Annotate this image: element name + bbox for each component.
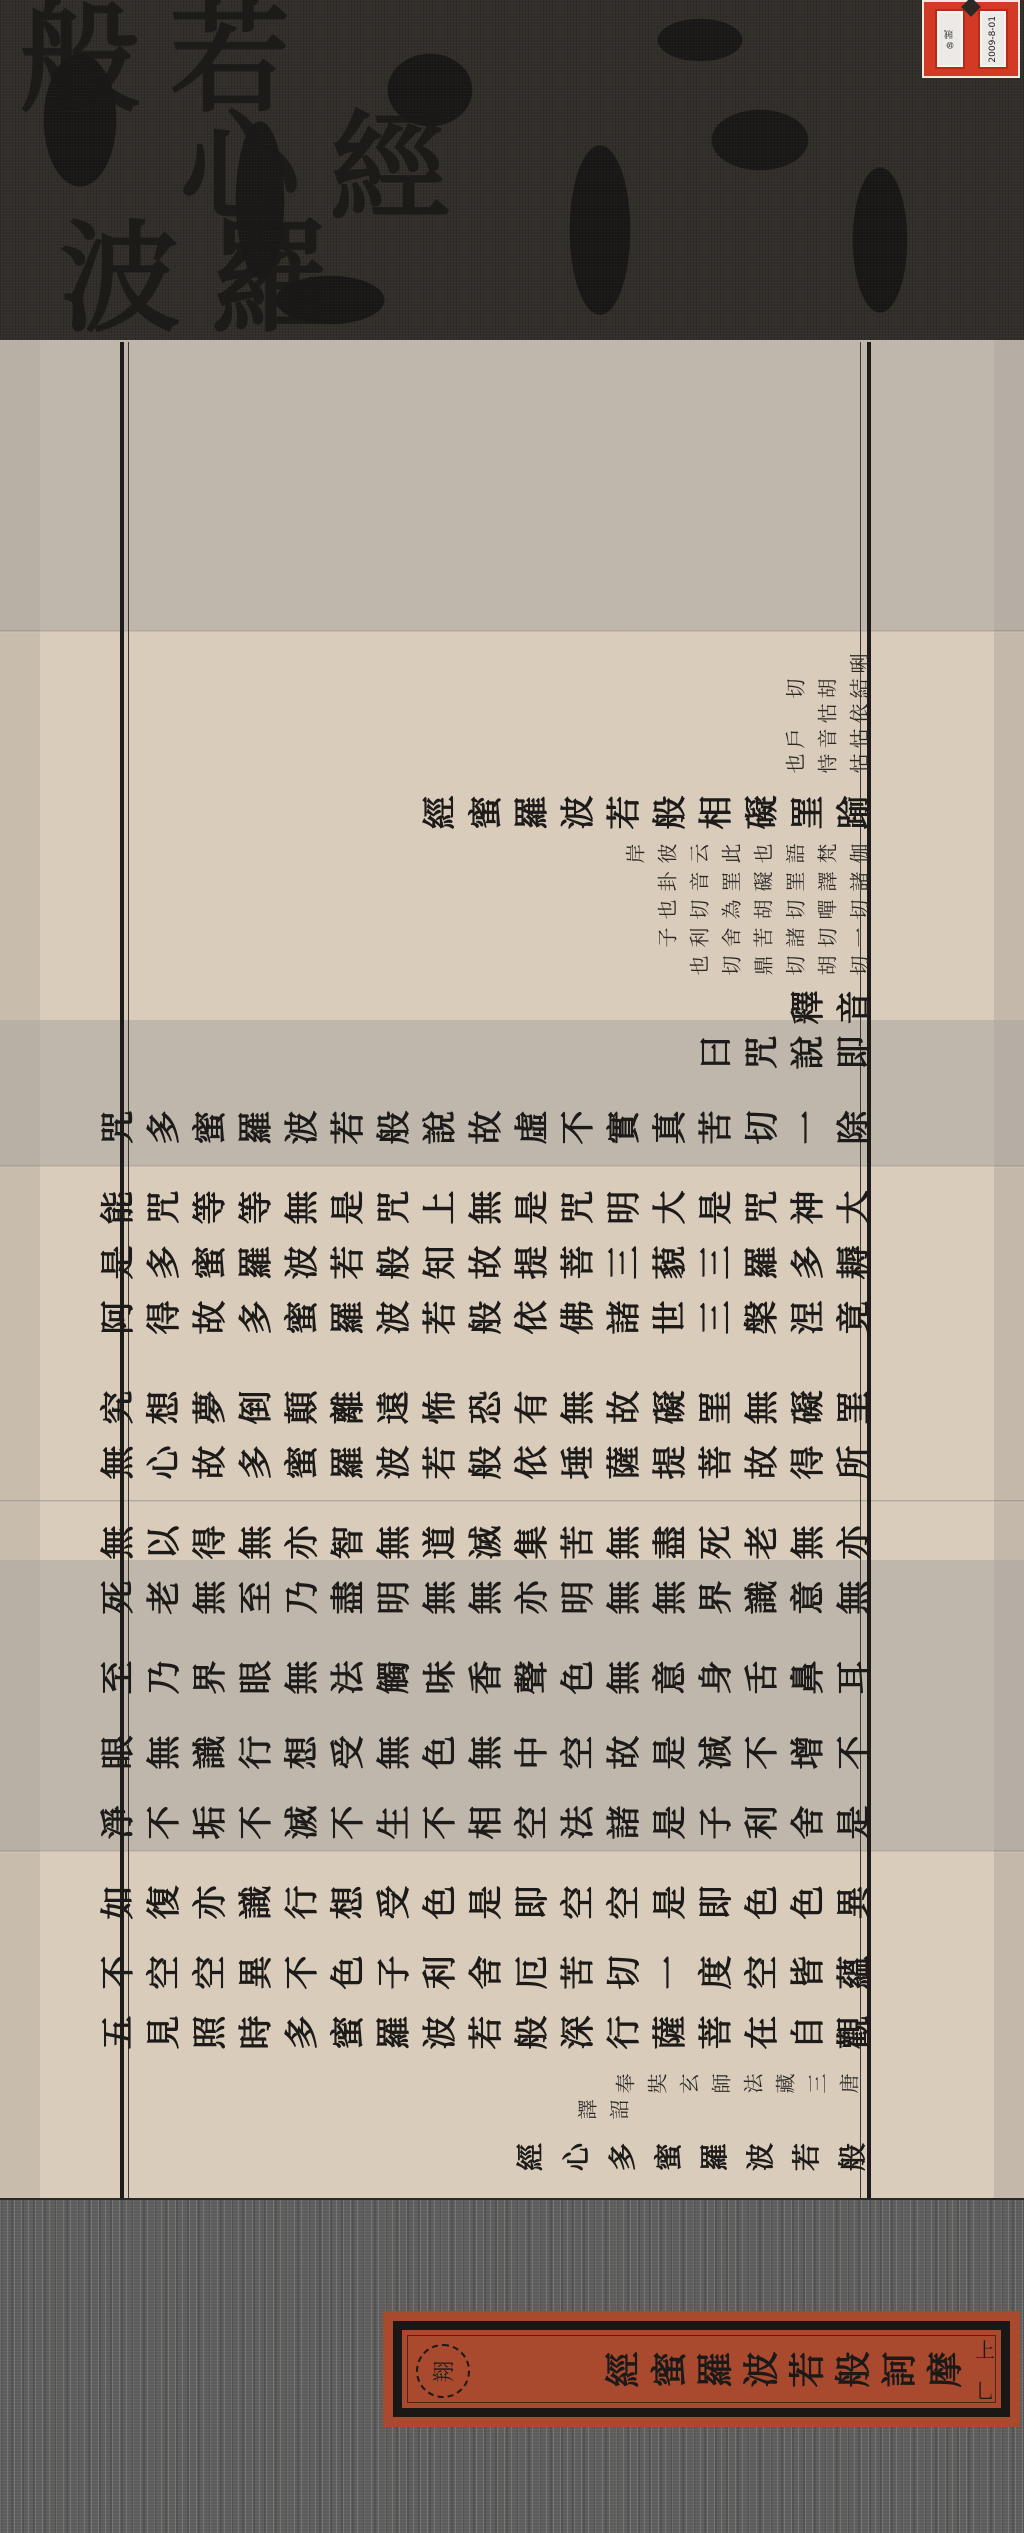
glyph: 鼎 — [748, 949, 777, 981]
glyph: 無 — [597, 1654, 646, 1700]
stamp-glyph: 翔 — [427, 2360, 458, 2382]
glyph: 眼 — [91, 1729, 140, 1775]
glyph: 世 — [643, 1294, 692, 1340]
glyph: 等 — [229, 1184, 278, 1230]
glyph: 藐 — [643, 1239, 692, 1285]
glyph: 得 — [137, 1294, 186, 1340]
glyph: 蜜 — [321, 2009, 370, 2055]
glyph: 苦 — [748, 921, 777, 953]
glyph: 無 — [551, 1384, 600, 1430]
glyph: 行 — [229, 1729, 278, 1775]
glyph: 玄 — [674, 2067, 703, 2099]
glyph: 神 — [781, 1184, 830, 1230]
glyph: 故 — [183, 1439, 232, 1485]
glyph: 也 — [748, 837, 777, 869]
glyph: 見 — [137, 2009, 186, 2055]
glyph: 空 — [505, 1799, 554, 1845]
text-column: 亦無老死盡無苦集滅道無智亦無得以無 — [92, 1520, 874, 1564]
glyph: 亦 — [275, 1519, 324, 1565]
glyph: 減 — [689, 1729, 738, 1775]
glyph: 不 — [735, 1729, 784, 1775]
glyph: 多 — [781, 1239, 830, 1285]
glyph: 菩 — [689, 2009, 738, 2055]
glyph: 自 — [781, 2009, 830, 2055]
glyph: 若 — [597, 789, 646, 835]
glyph: 羅 — [693, 2134, 733, 2180]
glyph: 空 — [551, 1729, 600, 1775]
text-column: 竟涅槃三世諸佛依般若波羅蜜多故得阿 — [92, 1295, 874, 1339]
glyph: 在 — [735, 2009, 784, 2055]
glyph: 踰 — [827, 789, 876, 835]
text-column: 伽梵語也此云彼岸 — [618, 840, 874, 866]
glyph: 故 — [459, 1104, 508, 1150]
glyph: 如 — [91, 1879, 140, 1925]
glyph: 羅 — [367, 2009, 416, 2055]
glyph: 嘽 — [812, 893, 841, 925]
glyph: 舍 — [459, 1949, 508, 1995]
glyph: 知 — [413, 1239, 462, 1285]
glyph: 一 — [781, 1104, 830, 1150]
glyph: 眼 — [229, 1654, 278, 1700]
glyph: 三 — [597, 1239, 646, 1285]
glyph: 老 — [137, 1574, 186, 1620]
glyph: 是 — [827, 1799, 876, 1845]
glyph: 大 — [643, 1184, 692, 1230]
glyph: 譯 — [812, 865, 841, 897]
glyph: 深 — [551, 2009, 600, 2055]
glyph: 夢 — [183, 1384, 232, 1430]
glyph: 舍 — [781, 1799, 830, 1845]
text-column: 不增不減是故空中無色無受想行識無眼 — [92, 1730, 874, 1774]
glyph: 蜜 — [647, 2134, 687, 2180]
translator-line: 唐三藏法師玄奘奉 — [608, 2070, 864, 2096]
glyph: 多 — [275, 2009, 324, 2055]
glyph: 是 — [505, 1184, 554, 1230]
glyph: 意 — [643, 1654, 692, 1700]
glyph: 子 — [689, 1799, 738, 1845]
translator-line: 詔譯 — [570, 2096, 634, 2122]
glyph: 若 — [321, 1239, 370, 1285]
glyph: 無 — [91, 1519, 140, 1565]
label-call-number: ⑩賊 — [943, 30, 956, 49]
glyph: 切 — [597, 1949, 646, 1995]
glyph: 咒 — [137, 1184, 186, 1230]
glyph: 色 — [321, 1949, 370, 1995]
glyph: 若 — [459, 2009, 508, 2055]
glyph: 埵 — [551, 1439, 600, 1485]
glyph: 怙 — [844, 747, 873, 779]
glyph: 增 — [781, 1729, 830, 1775]
glyph: 諸 — [597, 1294, 646, 1340]
glyph: 色 — [735, 1879, 784, 1925]
glyph: 切 — [716, 949, 745, 981]
glyph: 死 — [689, 1519, 738, 1565]
glyph: 羅 — [229, 1104, 278, 1150]
glyph: 即 — [505, 1879, 554, 1925]
glyph: 所 — [827, 1439, 876, 1485]
glyph: 異 — [229, 1949, 278, 1995]
glyph: 釋 — [781, 984, 830, 1030]
glyph: 般 — [459, 1439, 508, 1485]
glyph: 不 — [275, 1949, 324, 1995]
glyph: 識 — [229, 1879, 278, 1925]
glyph: 智 — [321, 1519, 370, 1565]
glyph: 蜜 — [459, 789, 508, 835]
glyph: 亦 — [183, 1879, 232, 1925]
glyph: 一 — [844, 921, 873, 953]
glyph: 受 — [321, 1729, 370, 1775]
glyph: 切 — [780, 893, 809, 925]
glyph: 依 — [505, 1294, 554, 1340]
glyph: 耳 — [827, 1654, 876, 1700]
text-column: 一切諸苦舍利子 — [650, 924, 874, 950]
glyph: 多 — [229, 1439, 278, 1485]
text-column: 切胡切鼎切也 — [682, 952, 874, 978]
glyph: 唐 — [834, 2067, 863, 2099]
glyph: 行 — [275, 1879, 324, 1925]
glyph: 波 — [275, 1239, 324, 1285]
glyph: 切 — [780, 949, 809, 981]
glyph: 阿 — [91, 1294, 140, 1340]
glyph: 鼻 — [781, 1654, 830, 1700]
glyph: 經 — [509, 2134, 549, 2180]
glyph: 法 — [551, 1799, 600, 1845]
glyph: 道 — [413, 1519, 462, 1565]
glyph: 受 — [367, 1879, 416, 1925]
front-cover: 般若 心經 波羅 ⑩賊 2009-8-01 — [0, 0, 1024, 342]
glyph: 利 — [735, 1799, 784, 1845]
glyph: 空 — [137, 1949, 186, 1995]
glyph: 觸 — [367, 1654, 416, 1700]
text-column: 異色色即是空空即是色受想行識亦復如 — [92, 1880, 874, 1924]
glyph: 利 — [684, 921, 713, 953]
glyph: 波 — [275, 1104, 324, 1150]
glyph: 度 — [689, 1949, 738, 1995]
glyph: 倒 — [229, 1384, 278, 1430]
glyph: 經 — [595, 2351, 646, 2387]
glyph: 苦 — [551, 1519, 600, 1565]
glyph: 語 — [780, 837, 809, 869]
glyph: 是 — [689, 1184, 738, 1230]
glyph: 耨 — [827, 1239, 876, 1285]
glyph: 不 — [413, 1799, 462, 1845]
glyph: 若 — [413, 1294, 462, 1340]
sutra-title: 般若波羅蜜多心經 — [506, 2135, 874, 2179]
glyph: 般 — [831, 2134, 871, 2180]
glyph: 蜜 — [183, 1239, 232, 1285]
glyph: 盡 — [321, 1574, 370, 1620]
glyph: 羅 — [321, 1439, 370, 1485]
text-column: 是舍利子是諸法空相不生不滅不垢不淨 — [92, 1800, 874, 1844]
glyph: 心 — [555, 2134, 595, 2180]
glyph: 此 — [716, 837, 745, 869]
glyph: 般 — [459, 1294, 508, 1340]
label-slot-right: 2009-8-01 — [980, 11, 1006, 67]
glyph: 蜜 — [183, 1104, 232, 1150]
glyph: 不 — [321, 1799, 370, 1845]
glyph: 般 — [505, 2009, 554, 2055]
glyph: 故 — [597, 1729, 646, 1775]
glyph: 羅 — [321, 1294, 370, 1340]
glyph: 是 — [643, 1799, 692, 1845]
glyph: 生 — [367, 1799, 416, 1845]
glyph: 想 — [137, 1384, 186, 1430]
glyph: 多 — [229, 1294, 278, 1340]
glyph: 咒 — [735, 1029, 784, 1075]
glyph: 舌 — [735, 1654, 784, 1700]
glyph: 空 — [735, 1949, 784, 1995]
glyph: 實 — [597, 1104, 646, 1150]
glyph: 說 — [781, 1029, 830, 1075]
glyph: 無 — [275, 1184, 324, 1230]
glyph: 是 — [321, 1184, 370, 1230]
glyph: 切 — [812, 921, 841, 953]
glyph: 羅 — [505, 789, 554, 835]
glyph: 蘊 — [827, 1949, 876, 1995]
glyph: 滅 — [275, 1799, 324, 1845]
glyph: 訶 — [871, 2351, 922, 2387]
text-column: 所得故菩提薩埵依般若波羅蜜多故心無 — [92, 1440, 874, 1484]
glyph: 空 — [183, 1949, 232, 1995]
text-column: 大神咒是大明咒是無上咒是無等等咒能 — [92, 1185, 874, 1229]
title-slip-text: 摩訶般若波羅蜜經 — [603, 2344, 961, 2395]
glyph: 譯 — [572, 2093, 601, 2125]
glyph: 亦 — [827, 1519, 876, 1565]
glyph: 色 — [781, 1879, 830, 1925]
glyph: 無 — [367, 1729, 416, 1775]
glyph: 罣 — [716, 865, 745, 897]
glyph: 色 — [413, 1879, 462, 1925]
glyph: 伽 — [844, 837, 873, 869]
glyph: 諸 — [844, 865, 873, 897]
glyph: 說 — [413, 1104, 462, 1150]
glyph: 盡 — [643, 1519, 692, 1565]
glyph: 罣 — [827, 1384, 876, 1430]
glyph: 五 — [91, 2009, 140, 2055]
glyph: 竟 — [827, 1294, 876, 1340]
glyph: 得 — [183, 1519, 232, 1565]
glyph: 咒 — [91, 1104, 140, 1150]
glyph: 離 — [321, 1384, 370, 1430]
glyph: 利 — [413, 1949, 462, 1995]
glyph: 胡 — [748, 893, 777, 925]
glyph: 苦 — [551, 1949, 600, 1995]
glyph: 乃 — [275, 1574, 324, 1620]
glyph: 即 — [689, 1879, 738, 1925]
glyph: 奘 — [642, 2067, 671, 2099]
glyph: 波 — [733, 2351, 784, 2387]
glyph: 是 — [459, 1879, 508, 1925]
glyph: 般 — [367, 1239, 416, 1285]
glyph: 行 — [597, 2009, 646, 2055]
glyph: 為 — [716, 893, 745, 925]
glyph: 多 — [601, 2134, 641, 2180]
label-slot-left: ⑩賊 — [937, 11, 963, 67]
glyph: 罣 — [781, 789, 830, 835]
glyph: 三 — [689, 1294, 738, 1340]
corner-mark-bottom: 乚 — [975, 2375, 995, 2404]
glyph: 故 — [597, 1384, 646, 1430]
glyph: 垢 — [183, 1799, 232, 1845]
glyph: 切 — [684, 893, 713, 925]
glyph: 多 — [137, 1239, 186, 1285]
glyph: 不 — [827, 1729, 876, 1775]
glyph: 故 — [183, 1294, 232, 1340]
glyph: 羅 — [687, 2351, 738, 2387]
glyph: 明 — [367, 1574, 416, 1620]
glyph: 也 — [780, 747, 809, 779]
glyph: 至 — [229, 1574, 278, 1620]
glyph: 也 — [652, 893, 681, 925]
label-date: 2009-8-01 — [988, 16, 998, 63]
glyph: 岸 — [620, 837, 649, 869]
glyph: 身 — [689, 1654, 738, 1700]
glyph: 異 — [827, 1879, 876, 1925]
glyph: 空 — [551, 1879, 600, 1925]
text-column: 切嘽切胡為切也 — [650, 896, 874, 922]
cover-pattern-row: 心經 — [180, 110, 1024, 220]
glyph: 曰 — [689, 1029, 738, 1075]
text-column: 諸譯罣礙罣音卦 — [650, 868, 874, 894]
glyph: 蜜 — [275, 1439, 324, 1485]
glyph: 明 — [551, 1574, 600, 1620]
glyph: 三 — [802, 2067, 831, 2099]
library-label: ⑩賊 2009-8-01 — [922, 0, 1020, 78]
glyph: 無 — [827, 1574, 876, 1620]
cover-pattern-row: 波羅 — [60, 220, 1024, 330]
glyph: 香 — [459, 1654, 508, 1700]
text-column: 怙恃也 — [778, 750, 874, 776]
text-column: 耳鼻舌身意無色聲香味觸法無眼界乃至 — [92, 1655, 874, 1699]
glyph: 顛 — [275, 1384, 324, 1430]
glyph: 不 — [229, 1799, 278, 1845]
text-column: 即說咒曰 — [690, 1030, 874, 1074]
glyph: 得 — [781, 1439, 830, 1485]
glyph: 相 — [459, 1799, 508, 1845]
glyph: 師 — [706, 2067, 735, 2099]
glyph: 界 — [689, 1574, 738, 1620]
label-notch — [961, 0, 981, 17]
glyph: 不 — [91, 1949, 140, 1995]
glyph: 是 — [643, 1729, 692, 1775]
glyph: 波 — [551, 789, 600, 835]
glyph: 真 — [643, 1104, 692, 1150]
text-column: 踰罣礙相般若波羅蜜經 — [414, 790, 874, 834]
glyph: 至 — [91, 1654, 140, 1700]
glyph: 故 — [735, 1439, 784, 1485]
glyph: 波 — [367, 1439, 416, 1485]
cover-pattern: 般若 心經 波羅 — [0, 0, 1024, 340]
glyph: 卦 — [652, 865, 681, 897]
glyph: 亦 — [505, 1574, 554, 1620]
glyph: 中 — [505, 1729, 554, 1775]
glyph: 以 — [137, 1519, 186, 1565]
glyph: 也 — [684, 949, 713, 981]
glyph: 切 — [844, 893, 873, 925]
glyph: 薩 — [643, 2009, 692, 2055]
glyph: 罣 — [780, 865, 809, 897]
glyph: 波 — [739, 2134, 779, 2180]
cover-pattern-row: 般若 — [20, 0, 1024, 110]
glyph: 無 — [597, 1519, 646, 1565]
glyph: 般 — [825, 2351, 876, 2387]
text-column: 音釋 — [782, 985, 874, 1029]
glyph: 舍 — [716, 921, 745, 953]
glyph: 法 — [321, 1654, 370, 1700]
glyph: 礙 — [735, 789, 784, 835]
glyph: 意 — [781, 1574, 830, 1620]
glyph: 色 — [551, 1654, 600, 1700]
text-column: 除一切苦真實不虛故說般若波羅蜜多咒 — [92, 1105, 874, 1149]
text-column: 罣礙無罣礙故無有恐怖遠離顛倒夢想究 — [92, 1385, 874, 1429]
glyph: 咒 — [735, 1184, 784, 1230]
glyph: 色 — [413, 1729, 462, 1775]
glyph: 想 — [321, 1879, 370, 1925]
glyph: 無 — [91, 1439, 140, 1485]
glyph: 無 — [275, 1654, 324, 1700]
glyph: 音 — [827, 984, 876, 1030]
glyph: 經 — [413, 789, 462, 835]
glyph: 云 — [684, 837, 713, 869]
glyph: 即 — [827, 1029, 876, 1075]
glyph: 咒 — [367, 1184, 416, 1230]
glyph: 無 — [229, 1519, 278, 1565]
text-column: 蘊皆空度一切苦厄舍利子色不異空空不 — [92, 1950, 874, 1994]
glyph: 怖 — [413, 1384, 462, 1430]
glyph: 虛 — [505, 1104, 554, 1150]
glyph: 識 — [735, 1574, 784, 1620]
glyph: 提 — [505, 1239, 554, 1285]
glyph: 故 — [459, 1239, 508, 1285]
glyph: 時 — [229, 2009, 278, 2055]
glyph: 摩 — [917, 2351, 968, 2387]
glyph: 子 — [367, 1949, 416, 1995]
glyph: 聲 — [505, 1654, 554, 1700]
glyph: 無 — [597, 1574, 646, 1620]
glyph: 切 — [844, 949, 873, 981]
glyph: 有 — [505, 1384, 554, 1430]
glyph: 觀 — [827, 2009, 876, 2055]
glyph: 涅 — [781, 1294, 830, 1340]
glyph: 除 — [827, 1104, 876, 1150]
glyph: 復 — [137, 1879, 186, 1925]
glyph: 無 — [643, 1574, 692, 1620]
glyph: 滅 — [459, 1519, 508, 1565]
glyph: 大 — [827, 1184, 876, 1230]
glyph: 礙 — [643, 1384, 692, 1430]
text-column: 耨多羅三藐三菩提故知般若波羅蜜多是 — [92, 1240, 874, 1284]
glyph: 究 — [91, 1384, 140, 1430]
glyph: 菩 — [551, 1239, 600, 1285]
glyph: 恃 — [812, 747, 841, 779]
glyph: 死 — [91, 1574, 140, 1620]
glyph: 切 — [735, 1104, 784, 1150]
glyph: 法 — [738, 2067, 767, 2099]
corner-mark-top: 上 — [975, 2334, 995, 2363]
glyph: 藏 — [770, 2067, 799, 2099]
title-slip-frame: 翔 摩訶般若波羅蜜經 上 乚 — [393, 2321, 1010, 2417]
glyph: 若 — [413, 1439, 462, 1485]
glyph: 照 — [183, 2009, 232, 2055]
glyph: 無 — [413, 1574, 462, 1620]
glyph: 上 — [413, 1184, 462, 1230]
glyph: 無 — [459, 1574, 508, 1620]
glyph: 槃 — [735, 1294, 784, 1340]
glyph: 薩 — [597, 1439, 646, 1485]
glyph: 依 — [505, 1439, 554, 1485]
glyph: 梵 — [812, 837, 841, 869]
glyph: 子 — [652, 921, 681, 953]
